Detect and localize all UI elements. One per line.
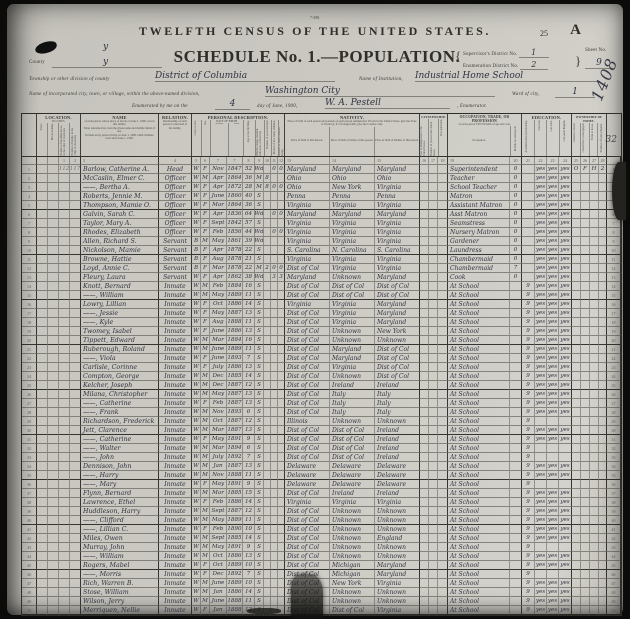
cell-age: 8 bbox=[243, 157, 255, 165]
cell-color: W bbox=[192, 273, 201, 282]
cell-write: yes bbox=[547, 606, 559, 615]
cell-own2 bbox=[581, 516, 590, 525]
cell-relation: Inmate bbox=[159, 525, 192, 534]
cell-school bbox=[522, 183, 535, 192]
cell-occ: At School bbox=[448, 507, 510, 516]
cell-sex: M bbox=[201, 588, 210, 597]
cell-write: yes bbox=[547, 282, 559, 291]
cell-fbp: New York bbox=[330, 579, 375, 588]
cell-cit3 bbox=[438, 543, 448, 552]
cell-name: Ruberough, Roland bbox=[81, 345, 159, 354]
cell-living bbox=[278, 282, 285, 291]
cell-house bbox=[48, 345, 59, 354]
cell-occm bbox=[510, 552, 522, 561]
cell-relation: Inmate bbox=[159, 471, 192, 480]
cell-cit3 bbox=[438, 498, 448, 507]
row-number: 44 bbox=[22, 552, 37, 561]
cell-street bbox=[37, 192, 48, 201]
table-row: 28——, FrankInmateWMNov18936SDist of ColI… bbox=[22, 408, 621, 417]
cell-mother bbox=[271, 480, 278, 489]
cell-mother bbox=[271, 453, 278, 462]
city-value: Washington City bbox=[265, 86, 495, 97]
cell-bp: Virginia bbox=[285, 300, 330, 309]
cell-yrsm bbox=[264, 471, 271, 480]
cell-cit1 bbox=[420, 444, 429, 453]
cell-age: 7 bbox=[243, 354, 255, 363]
cell-cit2 bbox=[429, 300, 438, 309]
cell-month: Feb bbox=[210, 498, 227, 507]
cell-mother bbox=[271, 426, 278, 435]
row-number: 24 bbox=[22, 372, 37, 381]
page-edge-notch bbox=[612, 162, 626, 220]
cell-cit1 bbox=[420, 192, 429, 201]
table-header: LOCATION. IN CITIES. Street. House numbe… bbox=[22, 114, 621, 157]
cell-bp: Dist of Col bbox=[285, 291, 330, 300]
cell-sex: F bbox=[201, 165, 210, 174]
cell-occ: At School bbox=[448, 480, 510, 489]
cell-age: 11 bbox=[243, 597, 255, 606]
cell-eng bbox=[559, 453, 572, 462]
cell-marital: S bbox=[255, 327, 264, 336]
cell-school: 9 bbox=[522, 516, 535, 525]
cell-write: yes bbox=[547, 399, 559, 408]
cell-school: 9 bbox=[522, 525, 535, 534]
cell-occ: Teacher bbox=[448, 174, 510, 183]
cell-cit2 bbox=[429, 282, 438, 291]
cell-cit2 bbox=[429, 471, 438, 480]
cell-own4 bbox=[599, 516, 607, 525]
row-number: 36 bbox=[607, 480, 621, 489]
table-row: 43Murray, JohnInmateWMMay18919SDist of C… bbox=[22, 543, 621, 552]
cell-relation: Inmate bbox=[159, 417, 192, 426]
cell-relation: Inmate bbox=[159, 300, 192, 309]
row-number: 49 bbox=[22, 597, 37, 606]
cell-marital: S bbox=[255, 516, 264, 525]
cell-school bbox=[522, 264, 535, 273]
cell-own4 bbox=[599, 444, 607, 453]
cell-eng: yes bbox=[559, 228, 572, 237]
row-number: 9 bbox=[607, 237, 621, 246]
cell-eng: yes bbox=[559, 381, 572, 390]
cell-house bbox=[48, 426, 59, 435]
cell-own4 bbox=[599, 588, 607, 597]
cell-mother bbox=[271, 489, 278, 498]
row-number: 39 bbox=[22, 507, 37, 516]
cell-color: W bbox=[192, 471, 201, 480]
institution-label: Name of Institution, bbox=[359, 77, 403, 82]
cell-fbp: Delaware bbox=[330, 471, 375, 480]
row-number: 8 bbox=[607, 228, 621, 237]
row-number: 11 bbox=[607, 255, 621, 264]
cell-own2: F bbox=[581, 165, 590, 174]
cell-sex: F bbox=[201, 318, 210, 327]
cell-school bbox=[522, 228, 535, 237]
cell-fbp: Unknown bbox=[330, 327, 375, 336]
cell-street bbox=[37, 309, 48, 318]
cell-mbp: Ireland bbox=[375, 489, 420, 498]
cell-bp: Dist of Col bbox=[285, 516, 330, 525]
cell-school: 9 bbox=[522, 480, 535, 489]
cell-write: yes bbox=[547, 264, 559, 273]
cell-own4 bbox=[599, 255, 607, 264]
cell-family bbox=[70, 588, 81, 597]
row-number: 6 bbox=[22, 210, 37, 219]
cell-color: W bbox=[192, 543, 201, 552]
cell-own1 bbox=[572, 282, 581, 291]
cell-year: 1889 bbox=[227, 561, 243, 570]
table-row: 37Flynn, BernardInmateWMMar188515SDist o… bbox=[22, 489, 621, 498]
cell-own4 bbox=[599, 219, 607, 228]
cell-occm bbox=[510, 363, 522, 372]
cell-own3 bbox=[590, 516, 599, 525]
col-owned-rented: Owned or rented. bbox=[572, 123, 580, 156]
ink-blot-top-left bbox=[34, 40, 58, 55]
cell-school: 9 bbox=[522, 291, 535, 300]
cell-write: yes bbox=[547, 354, 559, 363]
cell-eng: yes bbox=[559, 471, 572, 480]
cell-own3 bbox=[590, 543, 599, 552]
cell-eng: yes bbox=[559, 516, 572, 525]
cell-write: yes bbox=[547, 174, 559, 183]
cell-name: Roberts, Jennie M. bbox=[81, 192, 159, 201]
cell-sex: M bbox=[201, 345, 210, 354]
cell-age: 64 bbox=[243, 210, 255, 219]
cell-cit1 bbox=[420, 309, 429, 318]
cell-mbp: Unknown bbox=[375, 507, 420, 516]
cell-house bbox=[48, 417, 59, 426]
cell-school: 9 bbox=[522, 498, 535, 507]
cell-cit2 bbox=[429, 372, 438, 381]
cell-mother bbox=[271, 327, 278, 336]
cell-year: 1885 bbox=[227, 534, 243, 543]
cell-fbp: Ireland bbox=[330, 381, 375, 390]
cell-month: Oct bbox=[210, 417, 227, 426]
table-row: 25Kelcher, JosephInmateWMDec188712SDist … bbox=[22, 381, 621, 390]
cell-living: 0 bbox=[278, 165, 285, 174]
cell-marital: S bbox=[255, 525, 264, 534]
cell-cit2 bbox=[429, 417, 438, 426]
cell-sex: F bbox=[201, 246, 210, 255]
cell-eng: yes bbox=[559, 552, 572, 561]
row-number: 16 bbox=[607, 300, 621, 309]
cell-living bbox=[278, 552, 285, 561]
cell-name: Carlisle, Corinne bbox=[81, 363, 159, 372]
cell-own3 bbox=[590, 228, 599, 237]
cell-mother bbox=[271, 525, 278, 534]
col-color-race: Color or race. bbox=[192, 120, 201, 156]
cell-eng: yes bbox=[559, 507, 572, 516]
cell-write: yes bbox=[547, 588, 559, 597]
cell-occ: At School bbox=[448, 516, 510, 525]
cell-own4 bbox=[599, 273, 607, 282]
cell-age: 9 bbox=[243, 435, 255, 444]
cell-bp: Virginia bbox=[285, 498, 330, 507]
cell-school: 9 bbox=[522, 408, 535, 417]
cell-house bbox=[48, 336, 59, 345]
cell-year: 1890 bbox=[227, 525, 243, 534]
cell-write: yes bbox=[547, 498, 559, 507]
cell-write: yes bbox=[547, 318, 559, 327]
cell-house bbox=[48, 201, 59, 210]
cell-occm: 0 bbox=[510, 246, 522, 255]
cell-house bbox=[48, 408, 59, 417]
cell-read: yes bbox=[535, 390, 547, 399]
cell-own4 bbox=[599, 471, 607, 480]
cell-living bbox=[278, 327, 285, 336]
cell-family bbox=[70, 237, 81, 246]
state-check-mark: y bbox=[103, 42, 108, 52]
cell-cit3 bbox=[438, 597, 448, 606]
cell-living bbox=[278, 372, 285, 381]
cell-color: W bbox=[192, 309, 201, 318]
cell-eng: yes bbox=[559, 291, 572, 300]
cell-month: June bbox=[210, 597, 227, 606]
supervisor-district: Supervisor's District No. 1 bbox=[463, 48, 549, 58]
row-number: 33 bbox=[22, 453, 37, 462]
cell-occ: At School bbox=[448, 345, 510, 354]
cell-read: yes bbox=[535, 507, 547, 516]
cell-read: yes bbox=[535, 399, 547, 408]
cell-mother: 0 bbox=[271, 264, 278, 273]
cell-yrsm: 8 bbox=[264, 174, 271, 183]
cell-yrsm bbox=[264, 417, 271, 426]
cell-relation: Servant bbox=[159, 264, 192, 273]
cell-occ: At School bbox=[448, 381, 510, 390]
cell-yrsm: 2 bbox=[264, 264, 271, 273]
cell-relation: Inmate bbox=[159, 381, 192, 390]
cell-occ: At School bbox=[448, 489, 510, 498]
cell-age: 9 bbox=[243, 480, 255, 489]
cell-color: W bbox=[192, 399, 201, 408]
cell-eng: yes bbox=[559, 597, 572, 606]
cell-school: 9 bbox=[522, 462, 535, 471]
cell-year: 1886 bbox=[227, 588, 243, 597]
cell-fbp: Unknown bbox=[330, 543, 375, 552]
cell-cit2 bbox=[429, 165, 438, 174]
cell-name: ——, Viola bbox=[81, 354, 159, 363]
cell-house bbox=[48, 282, 59, 291]
cell-month: Feb bbox=[210, 228, 227, 237]
cell-dwelling bbox=[59, 534, 70, 543]
table-row: 10Nickolson, MamieServantBFApr187822SS. … bbox=[22, 246, 621, 255]
cell-own3 bbox=[590, 561, 599, 570]
relation-desc: Relationship of each person to the head … bbox=[159, 120, 191, 130]
row-number: 21 bbox=[607, 345, 621, 354]
cell-own1 bbox=[572, 597, 581, 606]
enumeration-district: Enumeration District No. 2 bbox=[463, 60, 548, 70]
row-number: 17 bbox=[607, 309, 621, 318]
cell-own4 bbox=[599, 210, 607, 219]
cell-eng: yes bbox=[559, 219, 572, 228]
cell-color: W bbox=[192, 462, 201, 471]
cell-mother: 0 bbox=[271, 165, 278, 174]
cell-own1 bbox=[572, 300, 581, 309]
row-number: 42 bbox=[22, 534, 37, 543]
cell-bp: Virginia bbox=[285, 201, 330, 210]
cell-cit1 bbox=[420, 435, 429, 444]
table-row: 38Lawrence, EthelInmateWFFeb188614SVirgi… bbox=[22, 498, 621, 507]
cell-own1 bbox=[572, 606, 581, 615]
cell-mother bbox=[271, 579, 278, 588]
cell-yrsm bbox=[264, 354, 271, 363]
name-desc-3: Include every person living on June 1, 1… bbox=[81, 134, 158, 141]
cell-read: yes bbox=[535, 237, 547, 246]
cell-street bbox=[37, 282, 48, 291]
cell-occm bbox=[510, 444, 522, 453]
cell-cit3 bbox=[438, 399, 448, 408]
cell-yrsm bbox=[264, 228, 271, 237]
cell-relation: Servant bbox=[159, 273, 192, 282]
cell-cit1 bbox=[420, 588, 429, 597]
cell-bp: Dist of Col bbox=[285, 336, 330, 345]
cell-relation: Officer bbox=[159, 183, 192, 192]
cell-read: yes bbox=[535, 426, 547, 435]
cell-living bbox=[278, 309, 285, 318]
cell-street bbox=[37, 264, 48, 273]
cell-cit2 bbox=[429, 507, 438, 516]
cell-read bbox=[535, 453, 547, 462]
county-rule bbox=[52, 67, 162, 68]
cell-occm bbox=[510, 309, 522, 318]
cell-name: Tippett, Edward bbox=[81, 336, 159, 345]
cell-street bbox=[37, 561, 48, 570]
cell-month: Jan bbox=[210, 606, 227, 615]
cell-name: ——, Catherine bbox=[81, 399, 159, 408]
cell-marital: S bbox=[255, 579, 264, 588]
cell-mbp: Maryland bbox=[375, 300, 420, 309]
cell-yrsm bbox=[264, 543, 271, 552]
cell-mother bbox=[271, 372, 278, 381]
cell-street bbox=[37, 534, 48, 543]
cell-fbp: Italy bbox=[330, 408, 375, 417]
cell-color: W bbox=[192, 381, 201, 390]
cell-living: 0 bbox=[278, 264, 285, 273]
cell-color: W bbox=[192, 183, 201, 192]
cell-cit1 bbox=[420, 264, 429, 273]
cell-mbp: Virginia bbox=[375, 219, 420, 228]
cell-color: B bbox=[192, 237, 201, 246]
cell-year: 1864 bbox=[227, 174, 243, 183]
cell-sex: M bbox=[201, 444, 210, 453]
col-can-read: Can read. bbox=[534, 120, 547, 156]
cell-eng: yes bbox=[559, 390, 572, 399]
cell-family bbox=[70, 471, 81, 480]
cell-bp: Dist of Col bbox=[285, 426, 330, 435]
cell-color: W bbox=[192, 444, 201, 453]
cell-cit1 bbox=[420, 417, 429, 426]
cell-own3 bbox=[590, 291, 599, 300]
cell-cit2 bbox=[429, 183, 438, 192]
cell-mother bbox=[271, 363, 278, 372]
cell-house bbox=[48, 561, 59, 570]
cell-sex: M bbox=[201, 462, 210, 471]
cell-month: May bbox=[210, 516, 227, 525]
cell-marital: S bbox=[255, 543, 264, 552]
cell-own2 bbox=[581, 363, 590, 372]
cell-family bbox=[70, 597, 81, 606]
cell-cit1 bbox=[420, 381, 429, 390]
cell-street bbox=[37, 210, 48, 219]
township-label: Township or other division of county bbox=[29, 77, 110, 82]
cell-own2 bbox=[581, 237, 590, 246]
cell-read: yes bbox=[535, 435, 547, 444]
cell-age: 57 bbox=[243, 219, 255, 228]
cell-occ: At School bbox=[448, 570, 510, 579]
cell-cit2 bbox=[429, 534, 438, 543]
cell-read: yes bbox=[535, 471, 547, 480]
cell-age: 14 bbox=[243, 300, 255, 309]
cell-family bbox=[70, 417, 81, 426]
table-rows: 1112117Barlow, Catherine A.HeadWFNov1847… bbox=[22, 165, 621, 615]
cell-occm bbox=[510, 426, 522, 435]
table-row: 40——, CliffordInmateWMMay188911SDist of … bbox=[22, 516, 621, 525]
cell-year: 1888 bbox=[227, 606, 243, 615]
cell-living bbox=[278, 201, 285, 210]
cell-street bbox=[37, 372, 48, 381]
cell-cit1 bbox=[420, 219, 429, 228]
cell-occ: At School bbox=[448, 372, 510, 381]
cell-age: 13 bbox=[243, 309, 255, 318]
cell-read: yes bbox=[535, 201, 547, 210]
cell-age: 28 bbox=[243, 183, 255, 192]
cell-age: 7 bbox=[243, 570, 255, 579]
cell-yrsm bbox=[264, 462, 271, 471]
cell-mother bbox=[271, 300, 278, 309]
cell-age: 13 bbox=[243, 462, 255, 471]
cell-street bbox=[37, 255, 48, 264]
cell-mbp: Ireland bbox=[375, 453, 420, 462]
cell-occm bbox=[510, 291, 522, 300]
cell-sex: M bbox=[201, 417, 210, 426]
row-number: 26 bbox=[607, 390, 621, 399]
cell-house bbox=[48, 453, 59, 462]
cell-relation: Inmate bbox=[159, 453, 192, 462]
cell-own1 bbox=[572, 264, 581, 273]
cell-month: Nov bbox=[210, 165, 227, 174]
cell-family bbox=[70, 192, 81, 201]
cell-occm bbox=[510, 282, 522, 291]
cell-marital: Wd bbox=[255, 228, 264, 237]
cell-living bbox=[278, 345, 285, 354]
row-number: 43 bbox=[22, 543, 37, 552]
cell-family bbox=[70, 372, 81, 381]
cell-mother bbox=[271, 255, 278, 264]
cell-own4 bbox=[599, 345, 607, 354]
cell-relation: Inmate bbox=[159, 462, 192, 471]
cell-sex: F bbox=[201, 255, 210, 264]
cell-own3 bbox=[590, 498, 599, 507]
enumeration-district-label: Enumeration District No. bbox=[463, 64, 518, 69]
cell-relation: Inmate bbox=[159, 354, 192, 363]
cell-living bbox=[278, 399, 285, 408]
cell-mother bbox=[271, 354, 278, 363]
cell-own2 bbox=[581, 417, 590, 426]
cell-sex: F bbox=[201, 606, 210, 615]
cell-bp: Delaware bbox=[285, 462, 330, 471]
cell-name: Loyd, Annie C. bbox=[81, 264, 159, 273]
cell-fbp: Ireland bbox=[330, 489, 375, 498]
cell-sex: 6 bbox=[201, 157, 210, 165]
cell-write bbox=[547, 444, 559, 453]
cell-own1 bbox=[572, 498, 581, 507]
row-number: 13 bbox=[22, 273, 37, 282]
cell-dwelling bbox=[59, 201, 70, 210]
table-row: 44——, WilliamInmateWMOct188613SDist of C… bbox=[22, 552, 621, 561]
cell-occm: 0 bbox=[510, 255, 522, 264]
page-title: TWELFTH CENSUS OF THE UNITED STATES. bbox=[7, 24, 623, 39]
cell-read: yes bbox=[535, 534, 547, 543]
cell-own3 bbox=[590, 309, 599, 318]
